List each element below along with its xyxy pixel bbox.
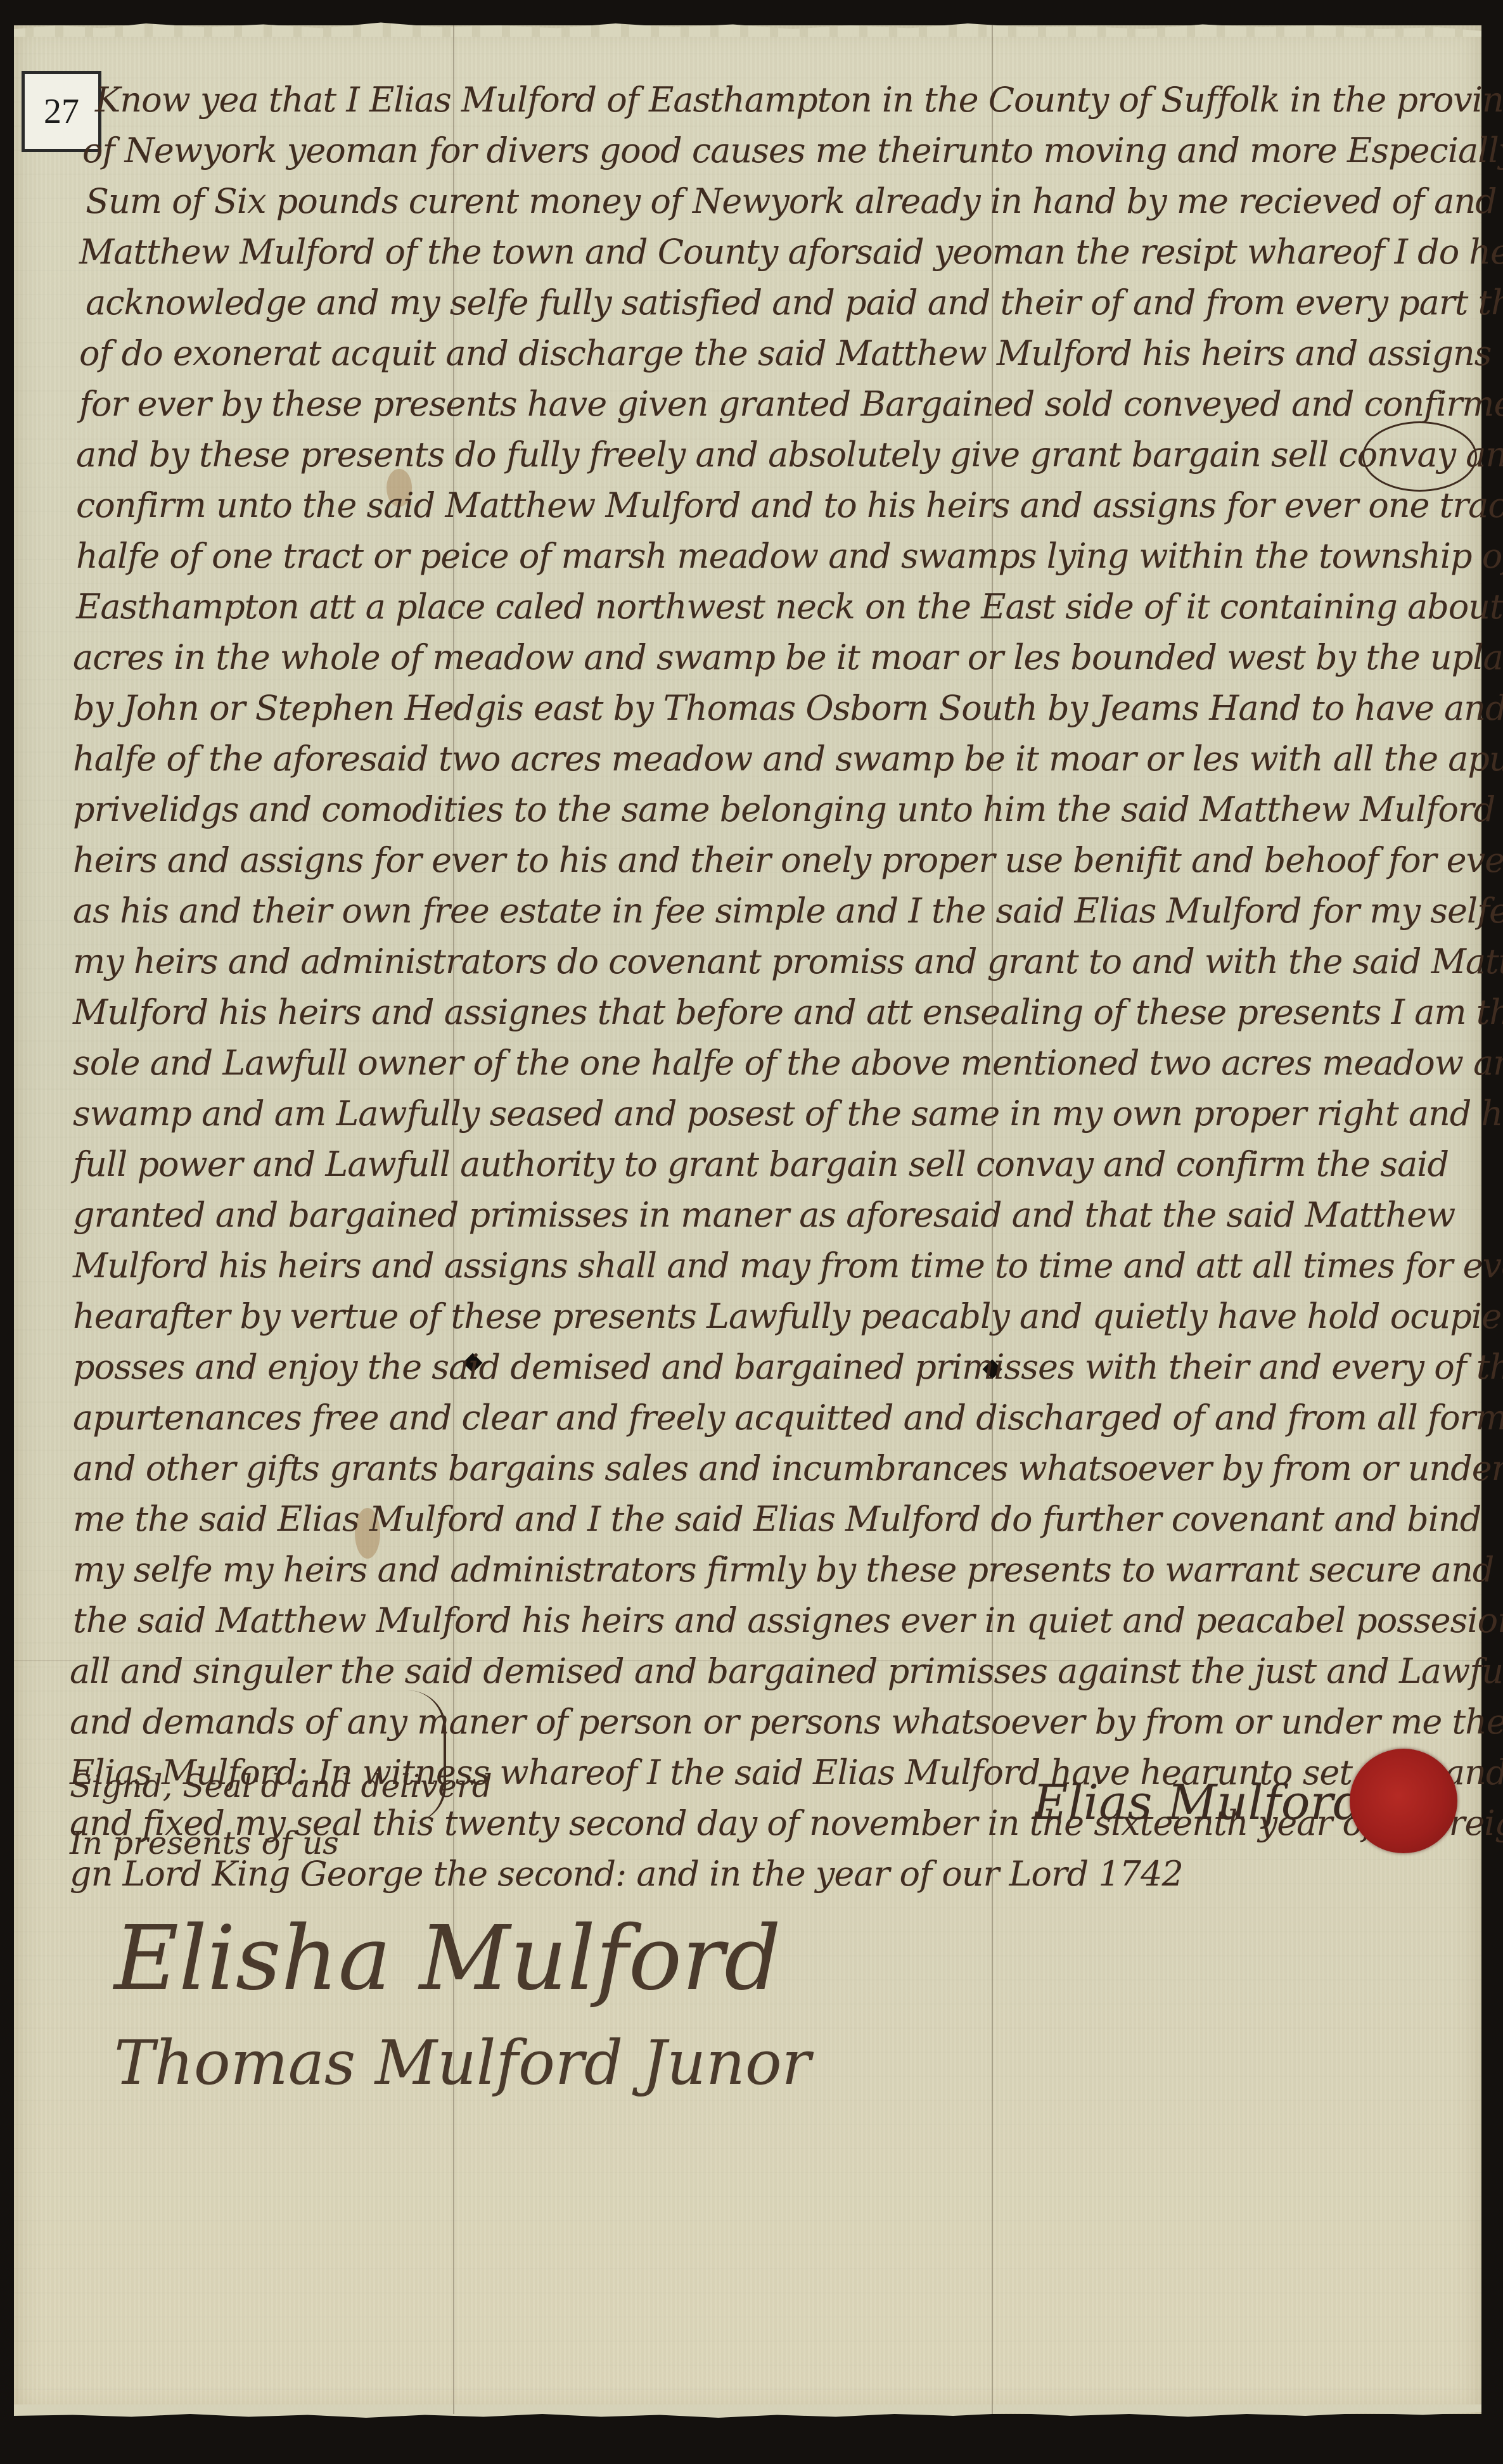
deed-line: by John or Stephen Hedgis east by Thomas… xyxy=(73,683,1476,734)
deed-line: acknowledge and my selfe fully satisfied… xyxy=(86,278,1476,328)
deed-line: and other gifts grants bargains sales an… xyxy=(73,1443,1476,1494)
deed-line: of Newyork yeoman for divers good causes… xyxy=(82,125,1476,176)
grantor-signature: Elias Mulford xyxy=(1033,1774,1364,1830)
deed-line: and demands of any maner of person or pe… xyxy=(70,1697,1476,1747)
witness-signature-thomas: Thomas Mulford Junor xyxy=(114,2027,811,2098)
deed-line: for ever by these presents have given gr… xyxy=(79,379,1476,430)
deed-line: confirm unto the said Matthew Mulford an… xyxy=(76,480,1476,531)
deed-line: granted and bargained primisses in maner… xyxy=(73,1190,1476,1241)
deed-line: hearafter by vertue of these presents La… xyxy=(73,1291,1476,1342)
deed-line: apurtenances free and clear and freely a… xyxy=(73,1393,1476,1443)
witness-brace xyxy=(406,1690,446,1823)
deed-text-body: Know yea that I Elias Mulford of Eastham… xyxy=(95,75,1476,1899)
deed-line: Easthampton att a place caled northwest … xyxy=(76,582,1476,632)
deed-line: and by these presents do fully freely an… xyxy=(76,430,1476,480)
circled-word-tract xyxy=(1362,421,1477,492)
deed-line: my selfe my heirs and administrators fir… xyxy=(73,1545,1476,1595)
deed-line: Mulford his heirs and assignes that befo… xyxy=(73,987,1476,1038)
deed-line: as his and their own free estate in fee … xyxy=(73,886,1476,936)
deed-line: Mulford his heirs and assigns shall and … xyxy=(73,1241,1476,1291)
deed-line: Sum of Six pounds curent money of Newyor… xyxy=(86,176,1476,227)
wax-seal xyxy=(1350,1749,1457,1853)
deed-line: all and singuler the said demised and ba… xyxy=(70,1646,1476,1697)
deed-line: the said Matthew Mulford his heirs and a… xyxy=(73,1595,1476,1646)
deed-line: sole and Lawfull owner of the one halfe … xyxy=(73,1038,1476,1088)
torn-bottom-edge xyxy=(14,2404,1481,2423)
deed-line: privelidgs and comodities to the same be… xyxy=(73,784,1476,835)
deed-line: heirs and assigns for ever to his and th… xyxy=(73,835,1476,886)
deed-line: halfe of the aforesaid two acres meadow … xyxy=(73,734,1476,784)
deed-line: posses and enjoy the said demised and ba… xyxy=(73,1342,1476,1393)
page-number: 27 xyxy=(44,91,79,132)
deed-line: Matthew Mulford of the town and County a… xyxy=(79,227,1476,278)
torn-top-edge xyxy=(14,18,1481,37)
deed-line: full power and Lawfull authority to gran… xyxy=(73,1139,1476,1190)
witness-signature-elisha: Elisha Mulford xyxy=(114,1907,781,2010)
deed-line: halfe of one tract or peice of marsh mea… xyxy=(76,531,1476,582)
attestation-in-presence: In presents of us xyxy=(70,1825,339,1861)
deed-line: acres in the whole of meadow and swamp b… xyxy=(73,632,1476,683)
deed-line: of do exonerat acquit and discharge the … xyxy=(79,328,1476,379)
deed-line: my heirs and administrators do covenant … xyxy=(73,936,1476,987)
deed-line: swamp and am Lawfully seased and posest … xyxy=(73,1088,1476,1139)
deed-line: me the said Elias Mulford and I the said… xyxy=(73,1494,1476,1545)
deed-line: Know yea that I Elias Mulford of Eastham… xyxy=(95,75,1476,125)
